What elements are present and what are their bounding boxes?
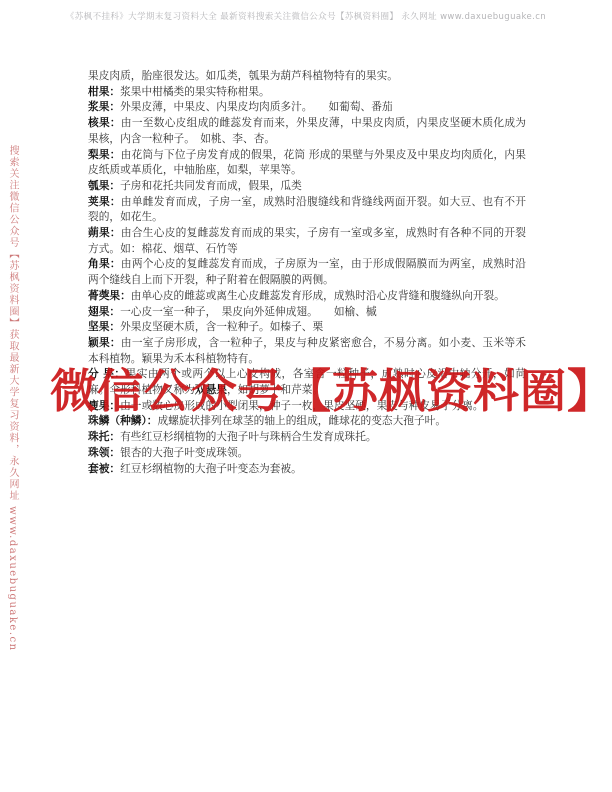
- glossary-entry: 荚果：由单雌发育而成，子房一室，成熟时沿腹缝线和背缝线两面开裂。如大豆、也有不开…: [88, 194, 526, 225]
- glossary-entry: 柑果：浆果中柑橘类的果实特称柑果。: [88, 84, 526, 100]
- entry-text: 外果皮坚硬木质，含一粒种子。如榛子、栗: [120, 320, 323, 333]
- glossary-entry: 珠托：有些红豆杉纲植物的大孢子叶与珠柄合生发育成珠托。: [88, 429, 526, 445]
- glossary-entry: 坚果：外果皮坚硬木质，含一粒种子。如榛子、栗: [88, 319, 526, 335]
- entry-text: 由一或数心皮形成的小型闭果，种子一枚，果皮坚硬，果皮与种皮易于分离。: [120, 399, 483, 412]
- entry-text: 成螺旋状排列在球茎的轴上的组成，雌球花的变态大孢子叶。: [157, 414, 446, 427]
- glossary-entry: 核果：由一至数心皮组成的雌蕊发育而来，外果皮薄，中果皮肉质，内果皮坚硬木质化成为…: [88, 115, 526, 146]
- entry-text: 外果皮薄，中果皮、内果皮均肉质多汁。 如葡萄、番茄: [120, 100, 393, 113]
- entry-term: 套被：: [88, 462, 120, 475]
- entry-text: 红豆杉纲植物的大孢子叶变态为套被。: [120, 462, 302, 475]
- entry-text: 由一至数心皮组成的雌蕊发育而来，外果皮薄，中果皮肉质，内果皮坚硬木质化成为果核，…: [88, 116, 526, 145]
- entry-term: 分 果：: [88, 367, 126, 380]
- entry-term: 核果：: [88, 116, 121, 129]
- glossary-entry: 浆果：外果皮薄，中果皮、内果皮均肉质多汁。 如葡萄、番茄: [88, 99, 526, 115]
- entry-text: 有些红豆杉纲植物的大孢子叶与珠柄合生发育成珠托。: [120, 430, 377, 443]
- entry-text: 浆果中柑橘类的果实特称柑果。: [120, 85, 270, 98]
- glossary-entry: 瘦果：由一或数心皮形成的小型闭果，种子一枚，果皮坚硬，果皮与种皮易于分离。: [88, 398, 526, 414]
- entry-text: 由花筒与下位子房发育成的假果，花筒 形成的果壁与外果皮及中果皮均肉质化，内果皮纸…: [88, 148, 526, 177]
- entry-term: 坚果：: [88, 320, 120, 333]
- glossary-entry: 珠领：银杏的大孢子叶变成珠领。: [88, 445, 526, 461]
- glossary-entry: 套被：红豆杉纲植物的大孢子叶变态为套被。: [88, 461, 526, 477]
- glossary-entry: 颖果：由一室子房形成，含一粒种子，果皮与种皮紧密愈合，不易分离。如小麦、玉米等禾…: [88, 335, 526, 366]
- entry-text: 由单心皮的雌蕊或离生心皮雌蕊发育形成，成熟时沿心皮背缝和腹缝纵向开裂。: [131, 289, 505, 302]
- entry-term: 珠领：: [88, 446, 120, 459]
- glossary-entry: 角果：由两个心皮的复雌蕊发育而成，子房原为一室，由于形成假隔膜而为两室，成熟时沿…: [88, 256, 526, 287]
- entry-term: 珠托：: [88, 430, 120, 443]
- entry-text: 银杏的大孢子叶变成珠领。: [120, 446, 248, 459]
- entry-term: 珠鳞（种鳞）：: [88, 414, 157, 427]
- glossary-entry: 蒴果：由合生心皮的复雌蕊发育而成的果实，子房有一室或多室，成熟时有各种不同的开裂…: [88, 225, 526, 256]
- glossary-entry: 果皮肉质，胎座很发达。如瓜类，瓠果为葫芦科植物特有的果实。: [88, 68, 526, 84]
- entry-term: 瓠果：: [88, 179, 120, 192]
- entry-term: 蒴果：: [88, 226, 121, 239]
- entry-text: 果皮肉质，胎座很发达。如瓜类，瓠果为葫芦科植物特有的果实。: [88, 69, 398, 82]
- entry-text: 子房和花托共同发育而成，假果，瓜类: [120, 179, 302, 192]
- glossary-entry: 瓠果：子房和花托共同发育而成，假果，瓜类: [88, 178, 526, 194]
- entry-term: 瘦果：: [88, 399, 120, 412]
- entry-text: 由合生心皮的复雌蕊发育而成的果实，子房有一室或多室，成熟时有各种不同的开裂方式。…: [88, 226, 526, 255]
- entry-term: 蓇葖果：: [88, 289, 131, 302]
- glossary-entry: 蓇葖果：由单心皮的雌蕊或离生心皮雌蕊发育形成，成熟时沿心皮背缝和腹缝纵向开裂。: [88, 288, 526, 304]
- entry-bold-text: 双悬果: [195, 383, 227, 396]
- side-watermark-text: 搜索关注微信公众号【苏枫资料圈】获取最新大学复习资料，永久网址 www.daxu…: [5, 145, 20, 705]
- glossary-entry: 梨果：由花筒与下位子房发育成的假果，花筒 形成的果壁与外果皮及中果皮均肉质化，内…: [88, 147, 526, 178]
- entry-term: 颖果：: [88, 336, 121, 349]
- glossary-list: 果皮肉质，胎座很发达。如瓜类，瓠果为葫芦科植物特有的果实。柑果：浆果中柑橘类的果…: [88, 68, 526, 476]
- glossary-entry: 珠鳞（种鳞）：成螺旋状排列在球茎的轴上的组成，雌球花的变态大孢子叶。: [88, 413, 526, 429]
- entry-term: 梨果：: [88, 148, 121, 161]
- entry-text: 一心皮一室一种子， 果皮向外延伸成翅。 如榆、槭: [120, 305, 377, 318]
- entry-term: 柑果：: [88, 85, 120, 98]
- document-page: 《苏枫不挂科》大学期末复习资料大全 最新资料搜索关注微信公众号【苏枫资料圈】 永…: [0, 0, 612, 792]
- entry-term: 角果：: [88, 257, 121, 270]
- entry-term: 荚果：: [88, 195, 121, 208]
- entry-text: 由两个心皮的复雌蕊发育而成，子房原为一室，由于形成假隔膜而为两室，成熟时沿两个缝…: [88, 257, 526, 286]
- page-header-text: 《苏枫不挂科》大学期末复习资料大全 最新资料搜索关注微信公众号【苏枫资料圈】 永…: [0, 10, 612, 22]
- glossary-entry: 分 果：果实由两个或两个以上心皮构成，各室含一粒种子，成熟时心皮沿中轴分开，如苘…: [88, 366, 526, 397]
- entry-text: ，如胡萝卜和芹菜。: [227, 383, 323, 396]
- glossary-entry: 翅果：一心皮一室一种子， 果皮向外延伸成翅。 如榆、槭: [88, 304, 526, 320]
- entry-text: 由一室子房形成，含一粒种子，果皮与种皮紧密愈合，不易分离。如小麦、玉米等禾本科植…: [88, 336, 526, 365]
- entry-term: 浆果：: [88, 100, 120, 113]
- entry-text: 由单雌发育而成，子房一室，成熟时沿腹缝线和背缝线两面开裂。如大豆、也有不开裂的，…: [88, 195, 526, 224]
- entry-term: 翅果：: [88, 305, 120, 318]
